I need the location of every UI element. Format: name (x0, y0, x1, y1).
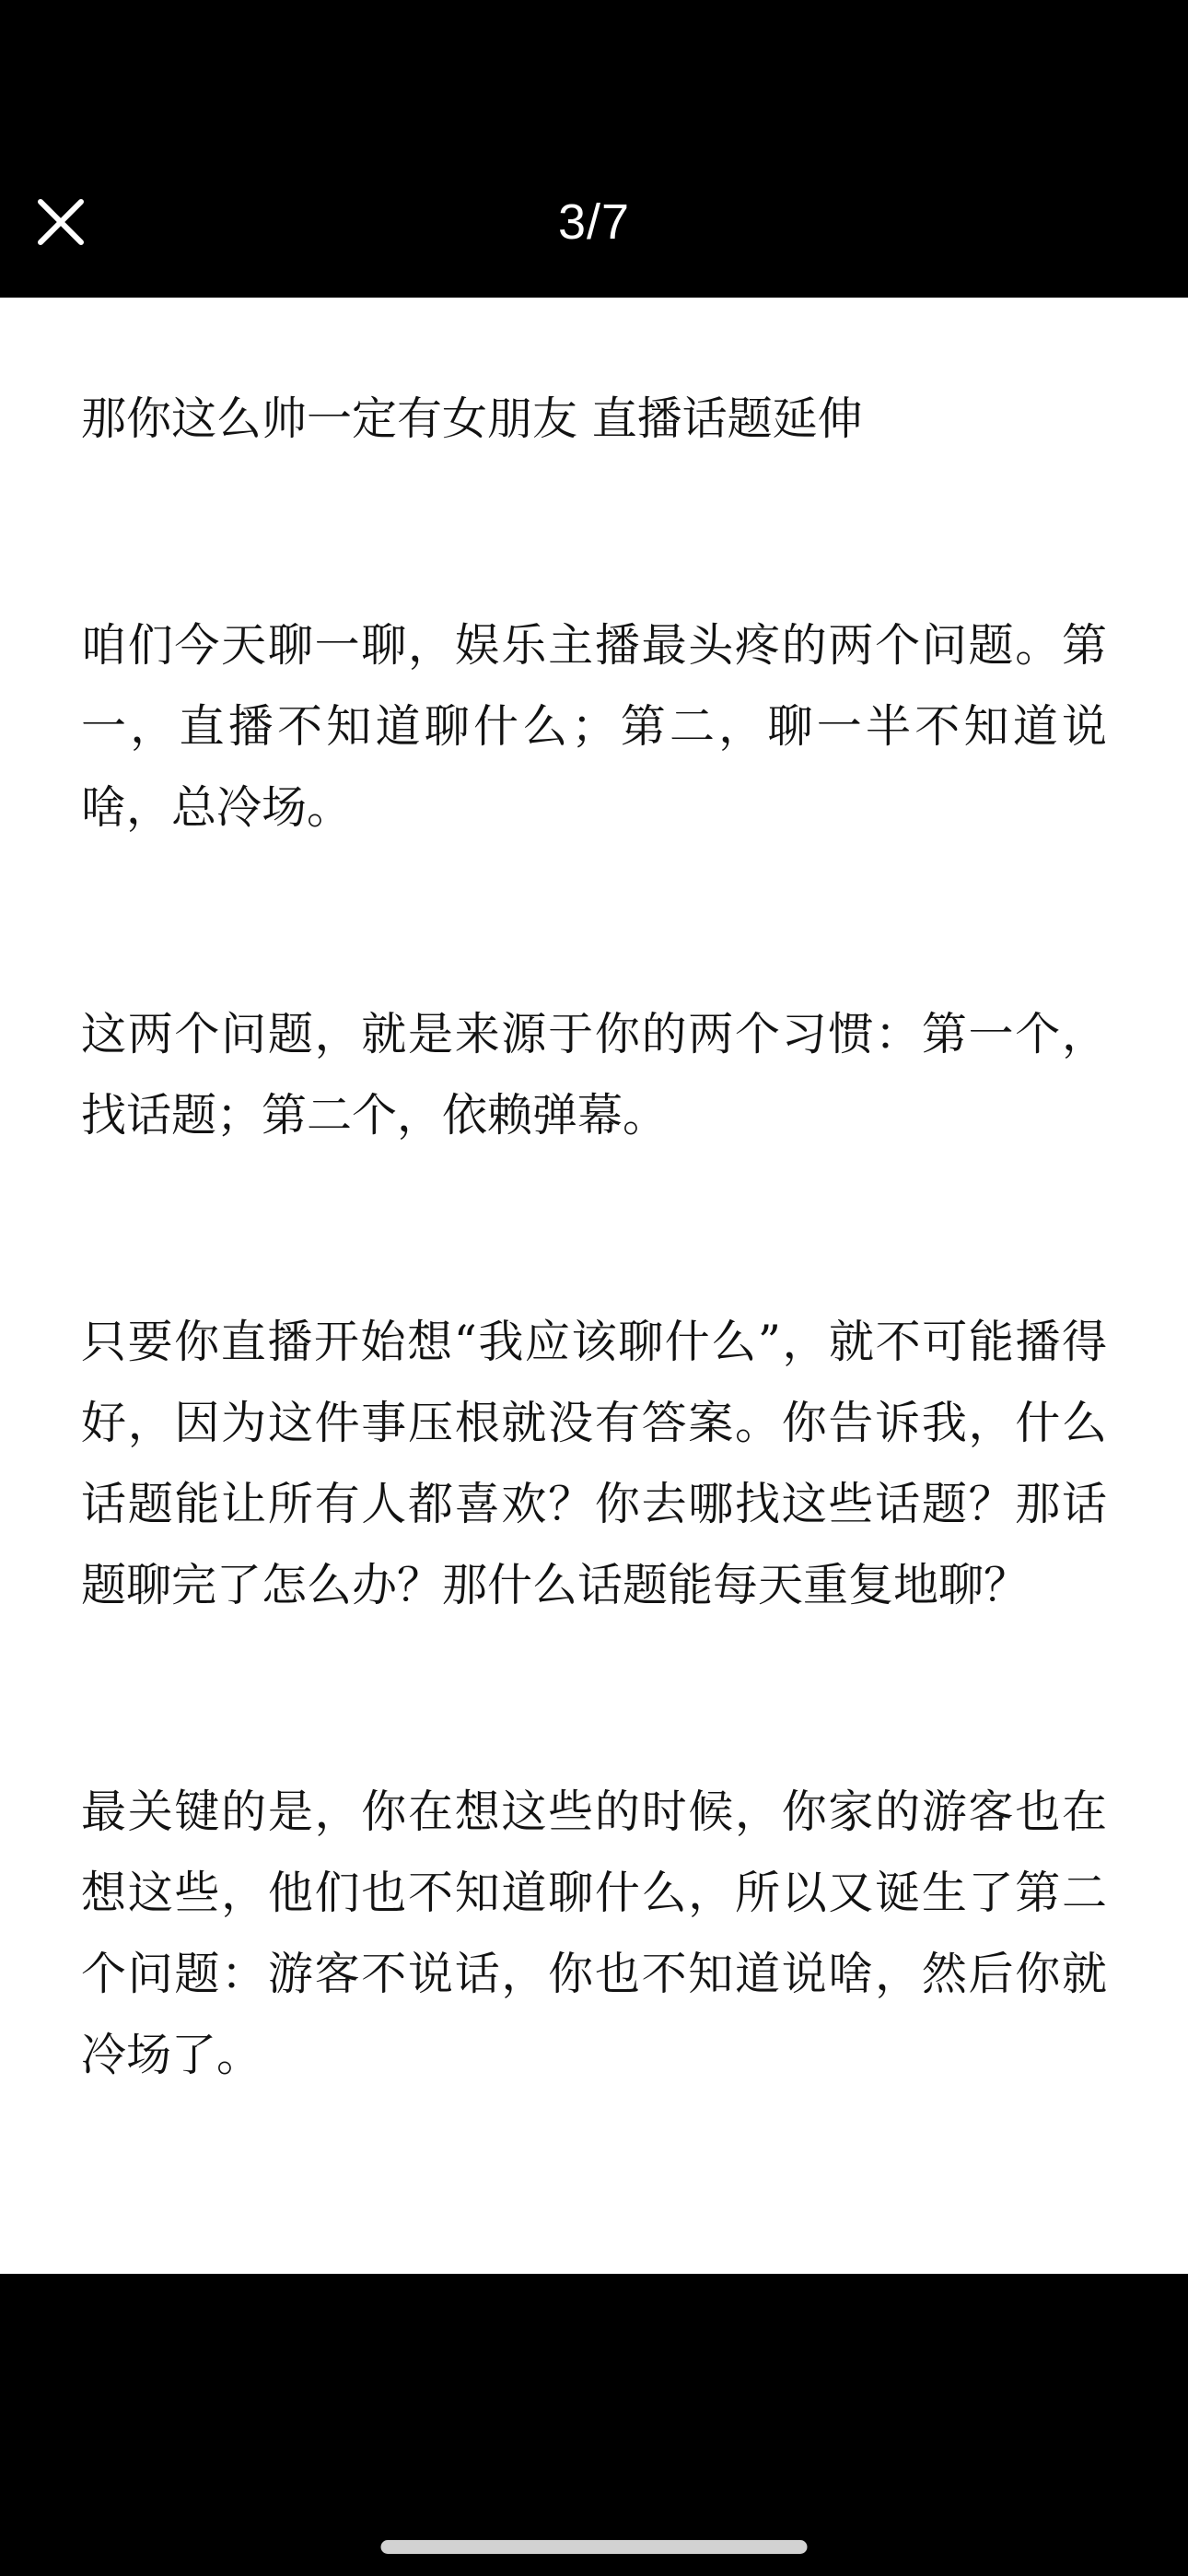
page-indicator: 3/7 (0, 190, 1188, 254)
footer-bar (0, 2274, 1188, 2576)
document-paragraph: 最关键的是，你在想这些的时候，你家的游客也在想这些，他们也不知道聊什么，所以又诞… (81, 1772, 1107, 2096)
document-paragraph: 这两个问题，就是来源于你的两个习惯：第一个，找话题；第二个，依赖弹幕。 (81, 994, 1107, 1156)
home-indicator[interactable] (381, 2540, 808, 2554)
image-viewer-header: 3/7 (0, 0, 1188, 298)
document-paragraph: 咱们今天聊一聊，娱乐主播最头疼的两个问题。第一，直播不知道聊什么；第二，聊一半不… (81, 605, 1107, 849)
document-page[interactable]: 那你这么帅一定有女朋友 直播话题延伸 咱们今天聊一聊，娱乐主播最头疼的两个问题。… (0, 298, 1188, 2274)
screen: 3/7 那你这么帅一定有女朋友 直播话题延伸 咱们今天聊一聊，娱乐主播最头疼的两… (0, 0, 1188, 2576)
document-title: 那你这么帅一定有女朋友 直播话题延伸 (81, 379, 1107, 460)
document-paragraph: 只要你直播开始想“我应该聊什么”，就不可能播得好，因为这件事压根就没有答案。你告… (81, 1302, 1107, 1626)
